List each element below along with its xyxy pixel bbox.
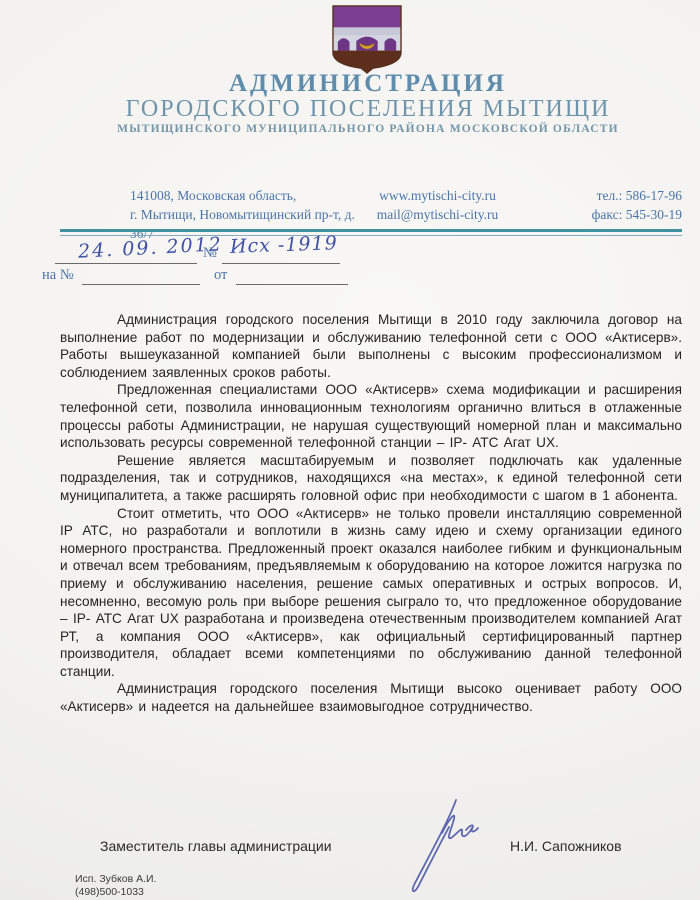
address-line1: 141008, Московская область, [130, 186, 380, 205]
org-name-line2: ГОРОДСКОГО ПОСЕЛЕНИЯ МЫТИЩИ [18, 96, 700, 123]
scanned-letter-page: АДМИНИСТРАЦИЯ ГОРОДСКОГО ПОСЕЛЕНИЯ МЫТИЩ… [0, 0, 700, 900]
executor-block: Исп. Зубков А.И. (498)500-1033 [75, 873, 156, 899]
paragraph-2: Предложенная специалистами ООО «Актисерв… [60, 381, 682, 451]
email-address: mail@mytischi-city.ru [355, 205, 520, 224]
paragraph-4: Стоит отметить, что ООО «Актисерв» не то… [60, 505, 682, 681]
web-contacts: www.mytischi-city.ru mail@mytischi-city.… [355, 186, 520, 224]
executor-name: Исп. Зубков А.И. [75, 873, 156, 886]
paragraph-3: Решение является масштабируемым и позвол… [60, 452, 682, 505]
handwritten-outgoing-number: Исх -1919 [230, 232, 338, 258]
number-underline [222, 263, 340, 264]
executor-phone: (498)500-1033 [75, 886, 156, 899]
org-name-line3: МЫТИЩИНСКОГО МУНИЦИПАЛЬНОГО РАЙОНА МОСКО… [18, 123, 700, 135]
paragraph-5: Администрация городского поселения Мытищ… [60, 680, 682, 715]
handwritten-date: 24. 09. 2012 [78, 233, 224, 263]
number-label: № [203, 245, 217, 262]
org-name-line1: АДМИНИСТРАЦИЯ [18, 70, 700, 98]
fax-number: факс: 545-30-19 [548, 205, 682, 224]
from-date-label: от [214, 267, 227, 284]
phone-contacts: тел.: 586-17-96 факс: 545-30-19 [548, 186, 682, 224]
mytishchi-coat-of-arms-icon [330, 4, 404, 74]
phone-number: тел.: 586-17-96 [548, 186, 682, 205]
letterhead-rule-thick [60, 229, 682, 232]
paragraph-1: Администрация городского поселения Мытищ… [60, 311, 682, 381]
signer-position-title: Заместитель главы администрации [100, 838, 332, 854]
handwritten-signature-icon [392, 792, 510, 896]
date-underline [55, 263, 197, 264]
website-url: www.mytischi-city.ru [355, 186, 520, 205]
letter-body: Администрация городского поселения Мытищ… [60, 311, 682, 716]
reply-to-number-label: на № [42, 267, 74, 284]
reply-number-underline [82, 284, 200, 285]
reply-date-underline [236, 284, 348, 285]
signer-name: Н.И. Сапожников [510, 838, 622, 854]
